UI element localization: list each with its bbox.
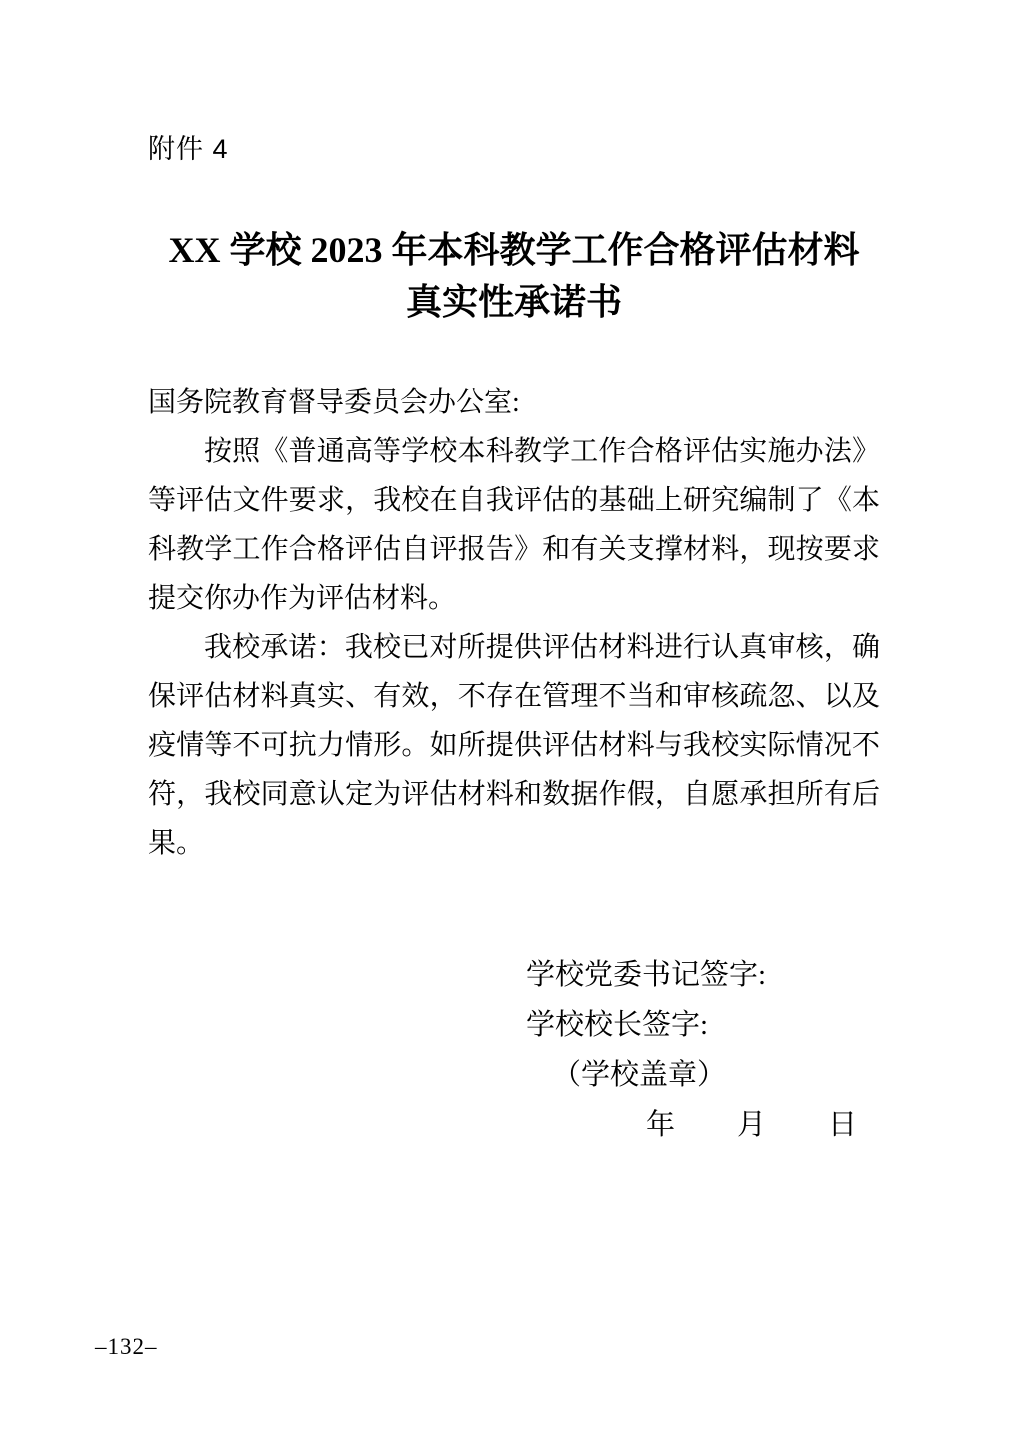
school-seal-line: （学校盖章） xyxy=(148,1050,880,1100)
year-label: 年 xyxy=(646,1100,675,1150)
paragraph-2: 我校承诺：我校已对所提供评估材料进行认真审核，确保评估材料真实、有效，不存在管理… xyxy=(148,623,880,868)
date-line: 年 月 日 xyxy=(148,1100,880,1150)
principal-signature-line: 学校校长签字: xyxy=(148,1000,880,1050)
document-page: 附件 4 XX 学校 2023 年本科教学工作合格评估材料 真实性承诺书 国务院… xyxy=(0,0,1024,1448)
signature-block: 学校党委书记签字: 学校校长签字: （学校盖章） 年 月 日 xyxy=(148,950,880,1150)
title-line-1: XX 学校 2023 年本科教学工作合格评估材料 xyxy=(148,224,880,276)
paragraph-1: 按照《普通高等学校本科教学工作合格评估实施办法》等评估文件要求，我校在自我评估的… xyxy=(148,427,880,623)
letter-body: 国务院教育督导委员会办公室: 按照《普通高等学校本科教学工作合格评估实施办法》等… xyxy=(148,378,880,868)
day-label: 日 xyxy=(828,1100,857,1150)
month-label: 月 xyxy=(737,1100,766,1150)
page-number: –132– xyxy=(95,1334,158,1360)
document-title: XX 学校 2023 年本科教学工作合格评估材料 真实性承诺书 xyxy=(148,224,880,328)
salutation-line: 国务院教育督导委员会办公室: xyxy=(148,378,880,427)
secretary-signature-line: 学校党委书记签字: xyxy=(148,950,880,1000)
attachment-label: 附件 4 xyxy=(148,130,880,168)
title-line-2: 真实性承诺书 xyxy=(148,276,880,328)
